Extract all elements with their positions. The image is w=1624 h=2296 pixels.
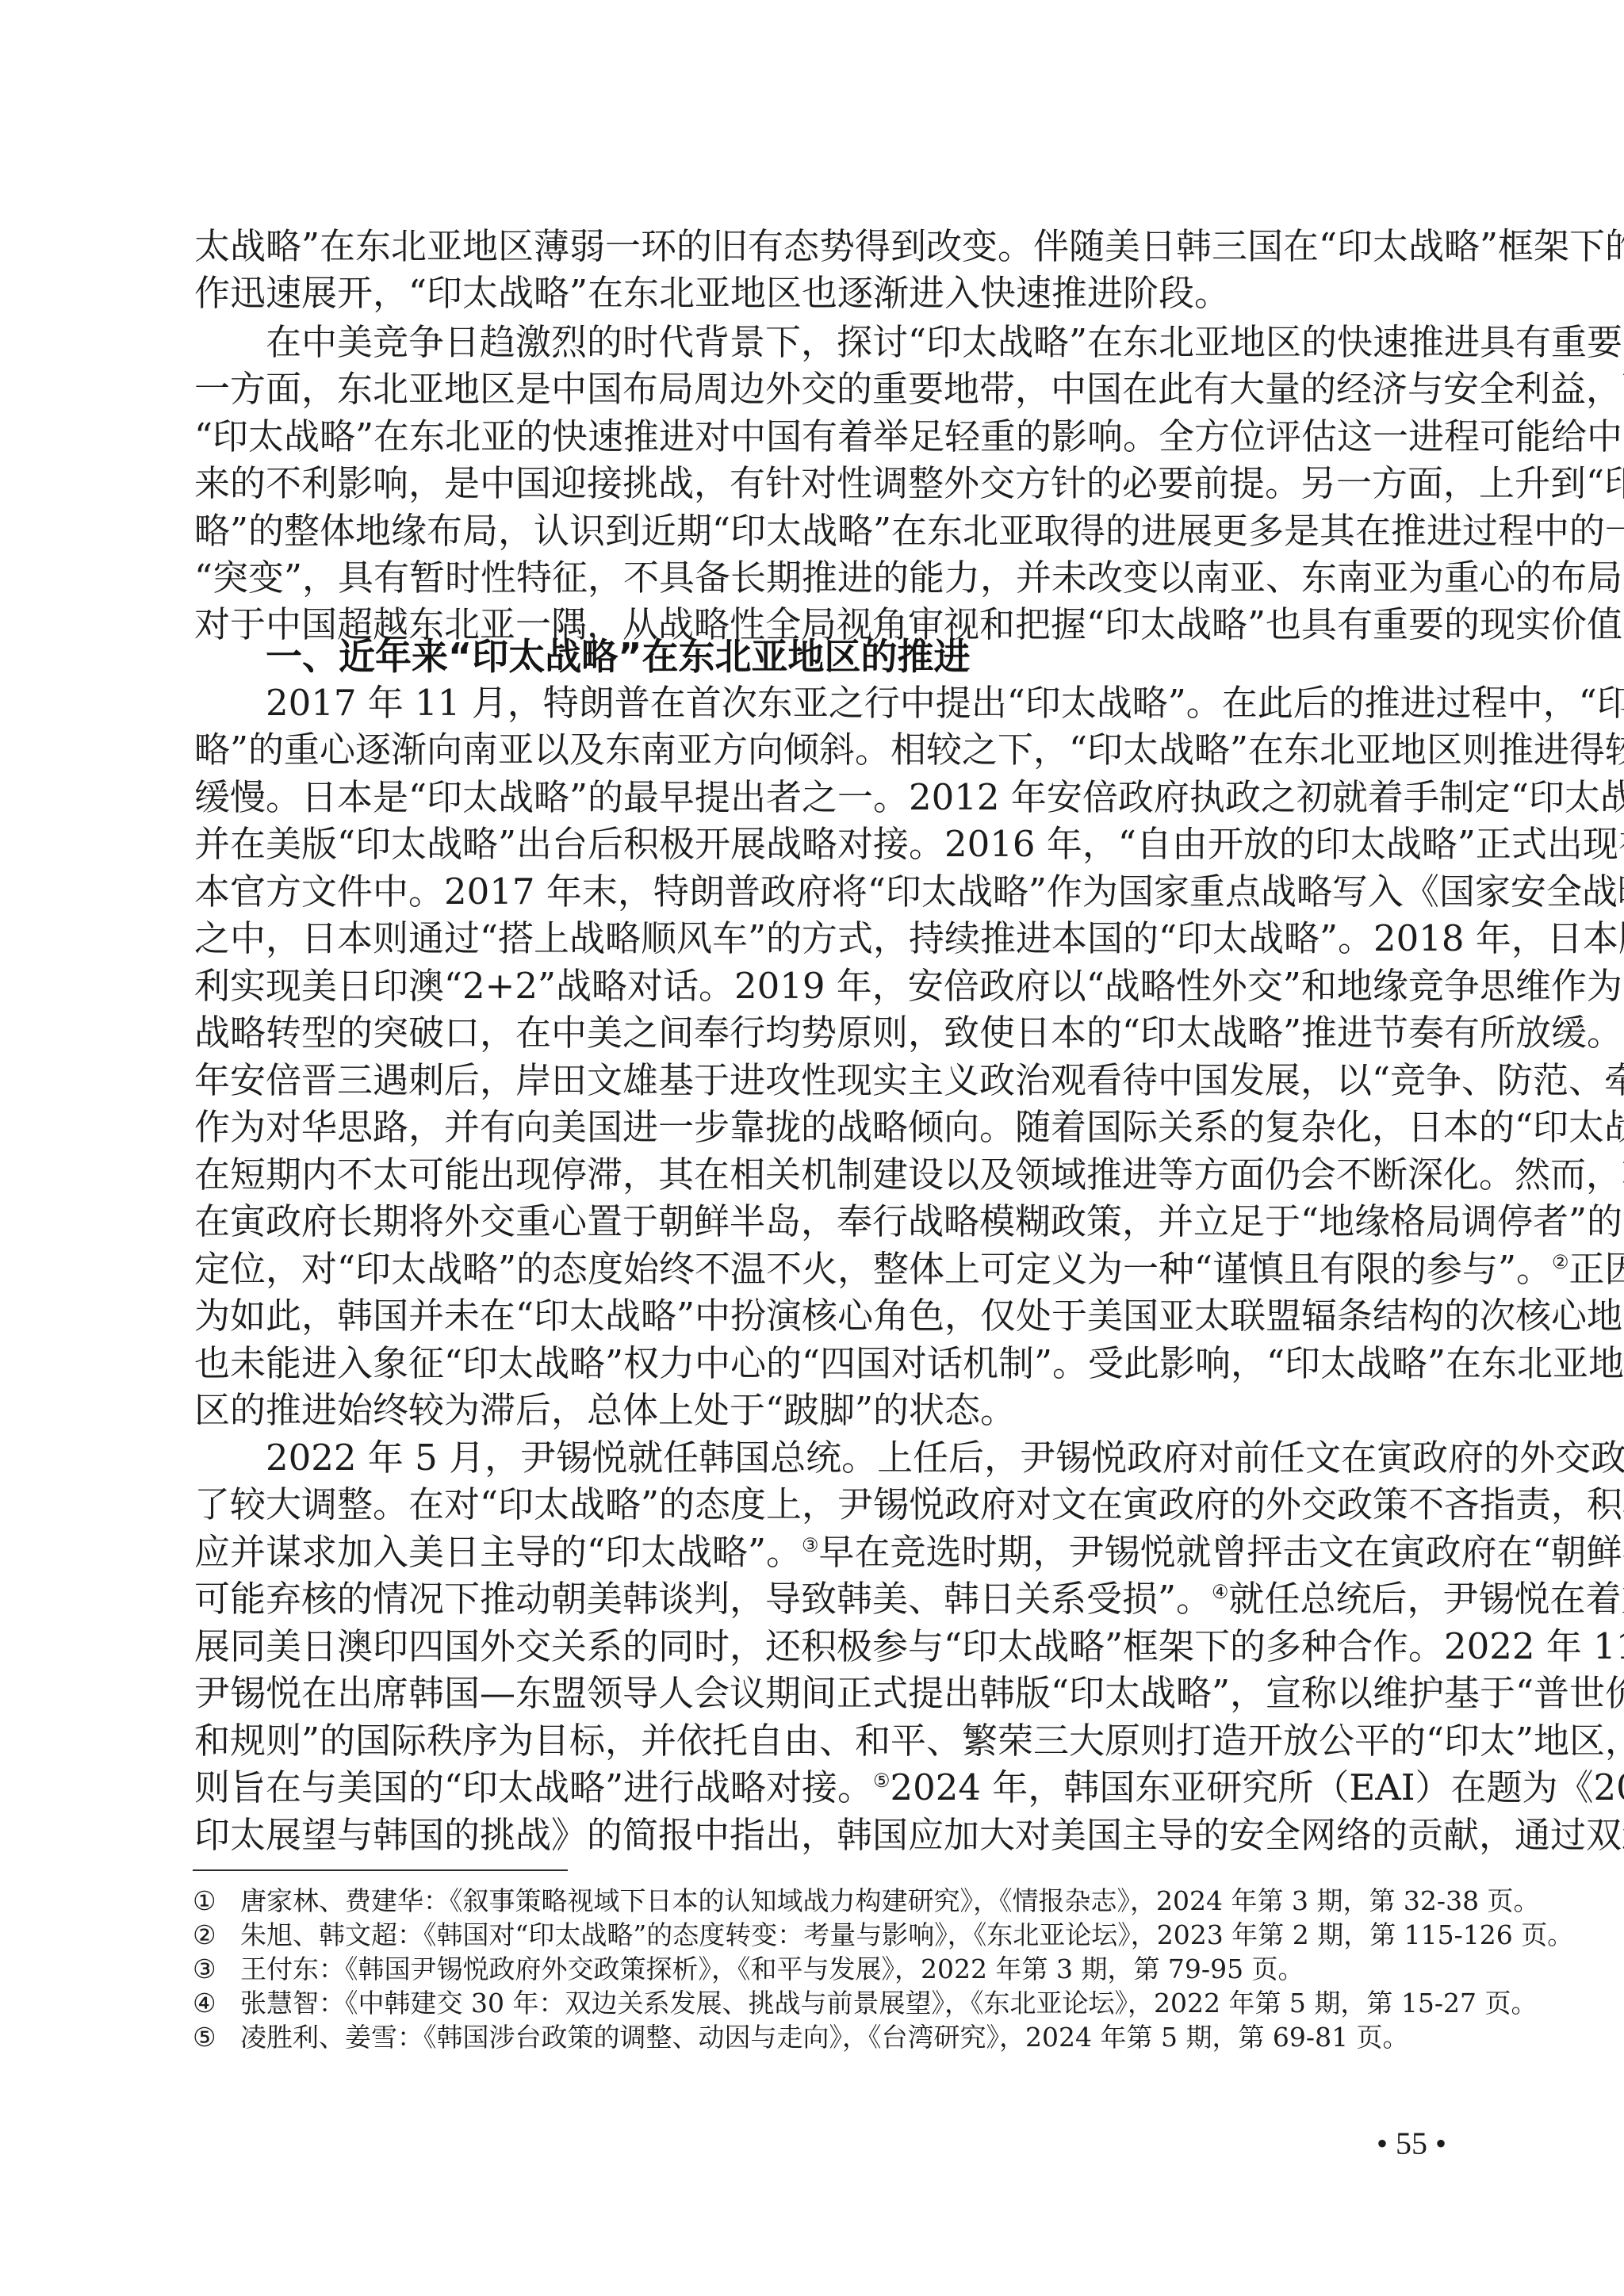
body-text: 就任总统后，尹锡悦在着重发: [1229, 1578, 1624, 1620]
body-line: 太战略”在东北亚地区薄弱一环的旧有态势得到改变。伴随美日韩三国在“印太战略”框架…: [194, 224, 1458, 269]
body-line: 在寅政府长期将外交重心置于朝鲜半岛，奉行战略模糊政策，并立足于“地缘格局调停者”…: [194, 1200, 1458, 1244]
body-line: 略”的重心逐渐向南亚以及东南亚方向倾斜。相较之下，“印太战略”在东北亚地区则推进…: [194, 728, 1458, 772]
body-text: 年安倍晋三遇刺后，岸田文雄基于进攻性现实主义政治观看待中国发展，以“竞争、防范、…: [194, 1059, 1624, 1101]
body-line: 则旨在与美国的“印太战略”进行战略对接。⑤2024 年，韩国东亚研究所（EAI）…: [194, 1766, 1458, 1810]
footnote-text: 王付东：《韩国尹锡悦政府外交政策探析》，《和平与发展》，2022 年第 3 期，…: [240, 1954, 1304, 1984]
footnote-ref[interactable]: ③: [802, 1534, 819, 1556]
body-line: 也未能进入象征“印太战略”权力中心的“四国对话机制”。受此影响，“印太战略”在东…: [194, 1341, 1458, 1386]
section-heading: 一、近年来“印太战略”在东北亚地区的推进: [266, 634, 970, 679]
page-number: • 55 •: [1348, 2125, 1475, 2163]
body-line: 本官方文件中。2017 年末，特朗普政府将“印太战略”作为国家重点战略写入《国家…: [194, 870, 1458, 914]
footnote-text: 朱旭、韩文超：《韩国对“印太战略”的态度转变：考量与影响》，《东北亚论坛》，20…: [240, 1919, 1573, 1950]
footnote-ref[interactable]: ⑤: [873, 1770, 891, 1792]
footnote-mark: ③: [193, 1954, 240, 1985]
body-text: 正因: [1569, 1248, 1624, 1290]
body-text: 则旨在与美国的“印太战略”进行战略对接。: [194, 1766, 873, 1808]
body-line: 2022 年 5 月，尹锡悦就任韩国总统。上任后，尹锡悦政府对前任文在寅政府的外…: [266, 1436, 1458, 1480]
body-line: 区的推进始终较为滞后，总体上处于“跛脚”的状态。: [194, 1388, 1458, 1433]
body-text: 可能弃核的情况下推动朝美韩谈判，导致韩美、韩日关系受损”。: [194, 1578, 1212, 1620]
footnote-ref[interactable]: ④: [1212, 1581, 1229, 1603]
body-line: 年安倍晋三遇刺后，岸田文雄基于进攻性现实主义政治观看待中国发展，以“竞争、防范、…: [194, 1058, 1458, 1103]
footnote-mark: ④: [193, 1988, 240, 2019]
body-line: 一方面，东北亚地区是中国布局周边外交的重要地带，中国在此有大量的经济与安全利益，…: [194, 367, 1458, 411]
body-line: 了较大调整。在对“印太战略”的态度上，尹锡悦政府对文在寅政府的外交政策不吝指责，…: [194, 1483, 1458, 1527]
body-line: 作迅速展开，“印太战略”在东北亚地区也逐渐进入快速推进阶段。: [194, 271, 1458, 316]
body-line: 2017 年 11 月，特朗普在首次东亚之行中提出“印太战略”。在此后的推进过程…: [266, 681, 1458, 725]
footnote-3: ③王付东：《韩国尹锡悦政府外交政策探析》，《和平与发展》，2022 年第 3 期…: [193, 1954, 1304, 1985]
footnote-mark: ⑤: [193, 2022, 240, 2053]
footnote-ref[interactable]: ②: [1552, 1251, 1569, 1273]
footnote-text: 凌胜利、姜雪：《韩国涉台政策的调整、动因与走向》，《台湾研究》，2024 年第 …: [240, 2022, 1409, 2053]
body-line: 在中美竞争日趋激烈的时代背景下，探讨“印太战略”在东北亚地区的快速推进具有重要意…: [266, 320, 1458, 365]
body-line: 展同美日澳印四国外交关系的同时，还积极参与“印太战略”框架下的多种合作。2022…: [194, 1624, 1458, 1669]
body-line: “突变”，具有暂时性特征，不具备长期推进的能力，并未改变以南亚、东南亚为重心的布…: [194, 556, 1458, 600]
footnote-text: 张慧智：《中韩建交 30 年：双边关系发展、挑战与前景展望》，《东北亚论坛》，2…: [240, 1988, 1538, 2019]
body-line: 和规则”的国际秩序为目标，并依托自由、和平、繁荣三大原则打造开放公平的“印太”地…: [194, 1719, 1458, 1763]
body-line: 来的不利影响，是中国迎接挑战，有针对性调整外交方针的必要前提。另一方面，上升到“…: [194, 461, 1458, 506]
body-line: 利实现美日印澳“2+2”战略对话。2019 年，安倍政府以“战略性外交”和地缘竞…: [194, 964, 1458, 1008]
body-line: 略”的整体地缘布局，认识到近期“印太战略”在东北亚取得的进展更多是其在推进过程中…: [194, 509, 1458, 553]
body-text: 早在竞选时期，尹锡悦就曾抨击文在寅政府在“朝鲜不: [819, 1531, 1624, 1573]
body-line: 尹锡悦在出席韩国—东盟领导人会议期间正式提出韩版“印太战略”，宣称以维护基于“普…: [194, 1671, 1458, 1716]
footnote-5: ⑤凌胜利、姜雪：《韩国涉台政策的调整、动因与走向》，《台湾研究》，2024 年第…: [193, 2022, 1409, 2053]
footnote-mark: ①: [193, 1885, 240, 1917]
body-line: 印太展望与韩国的挑战》的简报中指出，韩国应加大对美国主导的安全网络的贡献，通过双…: [194, 1813, 1458, 1858]
body-line: 应并谋求加入美日主导的“印太战略”。③早在竞选时期，尹锡悦就曾抨击文在寅政府在“…: [194, 1530, 1458, 1575]
body-line: 并在美版“印太战略”出台后积极开展战略对接。2016 年，“自由开放的印太战略”…: [194, 822, 1458, 867]
footnote-4: ④张慧智：《中韩建交 30 年：双边关系发展、挑战与前景展望》，《东北亚论坛》，…: [193, 1988, 1538, 2019]
body-line: 战略转型的突破口，在中美之间奉行均势原则，致使日本的“印太战略”推进节奏有所放缓…: [194, 1011, 1458, 1055]
body-line: 定位，对“印太战略”的态度始终不温不火，整体上可定义为一种“谨慎且有限的参与”。…: [194, 1247, 1458, 1291]
body-text: 应并谋求加入美日主导的“印太战略”。: [194, 1531, 802, 1573]
body-text: 2024 年，韩国东亚研究所（EAI）在题为《2024 年: [891, 1766, 1624, 1808]
footnote-mark: ②: [193, 1919, 240, 1951]
body-line: 可能弃核的情况下推动朝美韩谈判，导致韩美、韩日关系受损”。④就任总统后，尹锡悦在…: [194, 1577, 1458, 1621]
footnote-2: ②朱旭、韩文超：《韩国对“印太战略”的态度转变：考量与影响》，《东北亚论坛》，2…: [193, 1919, 1573, 1951]
body-line: 之中，日本则通过“搭上战略顺风车”的方式，持续推进本国的“印太战略”。2018 …: [194, 916, 1458, 961]
footnote-1: ①唐家林、费建华：《叙事策略视域下日本的认知域战力构建研究》，《情报杂志》，20…: [193, 1885, 1540, 1917]
document-page: 太战略”在东北亚地区薄弱一环的旧有态势得到改变。伴随美日韩三国在“印太战略”框架…: [0, 0, 1624, 2296]
body-line: 缓慢。日本是“印太战略”的最早提出者之一。2012 年安倍政府执政之初就着手制定…: [194, 775, 1458, 820]
body-line: 在短期内不太可能出现停滞，其在相关机制建设以及领域推进等方面仍会不断深化。然而，…: [194, 1153, 1458, 1197]
footnote-divider: [193, 1869, 568, 1871]
footnote-text: 唐家林、费建华：《叙事策略视域下日本的认知域战力构建研究》，《情报杂志》，202…: [240, 1885, 1540, 1916]
body-line: “印太战略”在东北亚的快速推进对中国有着举足轻重的影响。全方位评估这一进程可能给…: [194, 415, 1458, 459]
body-line: 作为对华思路，并有向美国进一步靠拢的战略倾向。随着国际关系的复杂化，日本的“印太…: [194, 1105, 1458, 1150]
body-text: 定位，对“印太战略”的态度始终不温不火，整体上可定义为一种“谨慎且有限的参与”。: [194, 1248, 1552, 1290]
body-line: 为如此，韩国并未在“印太战略”中扮演核心角色，仅处于美国亚太联盟辐条结构的次核心…: [194, 1294, 1458, 1338]
